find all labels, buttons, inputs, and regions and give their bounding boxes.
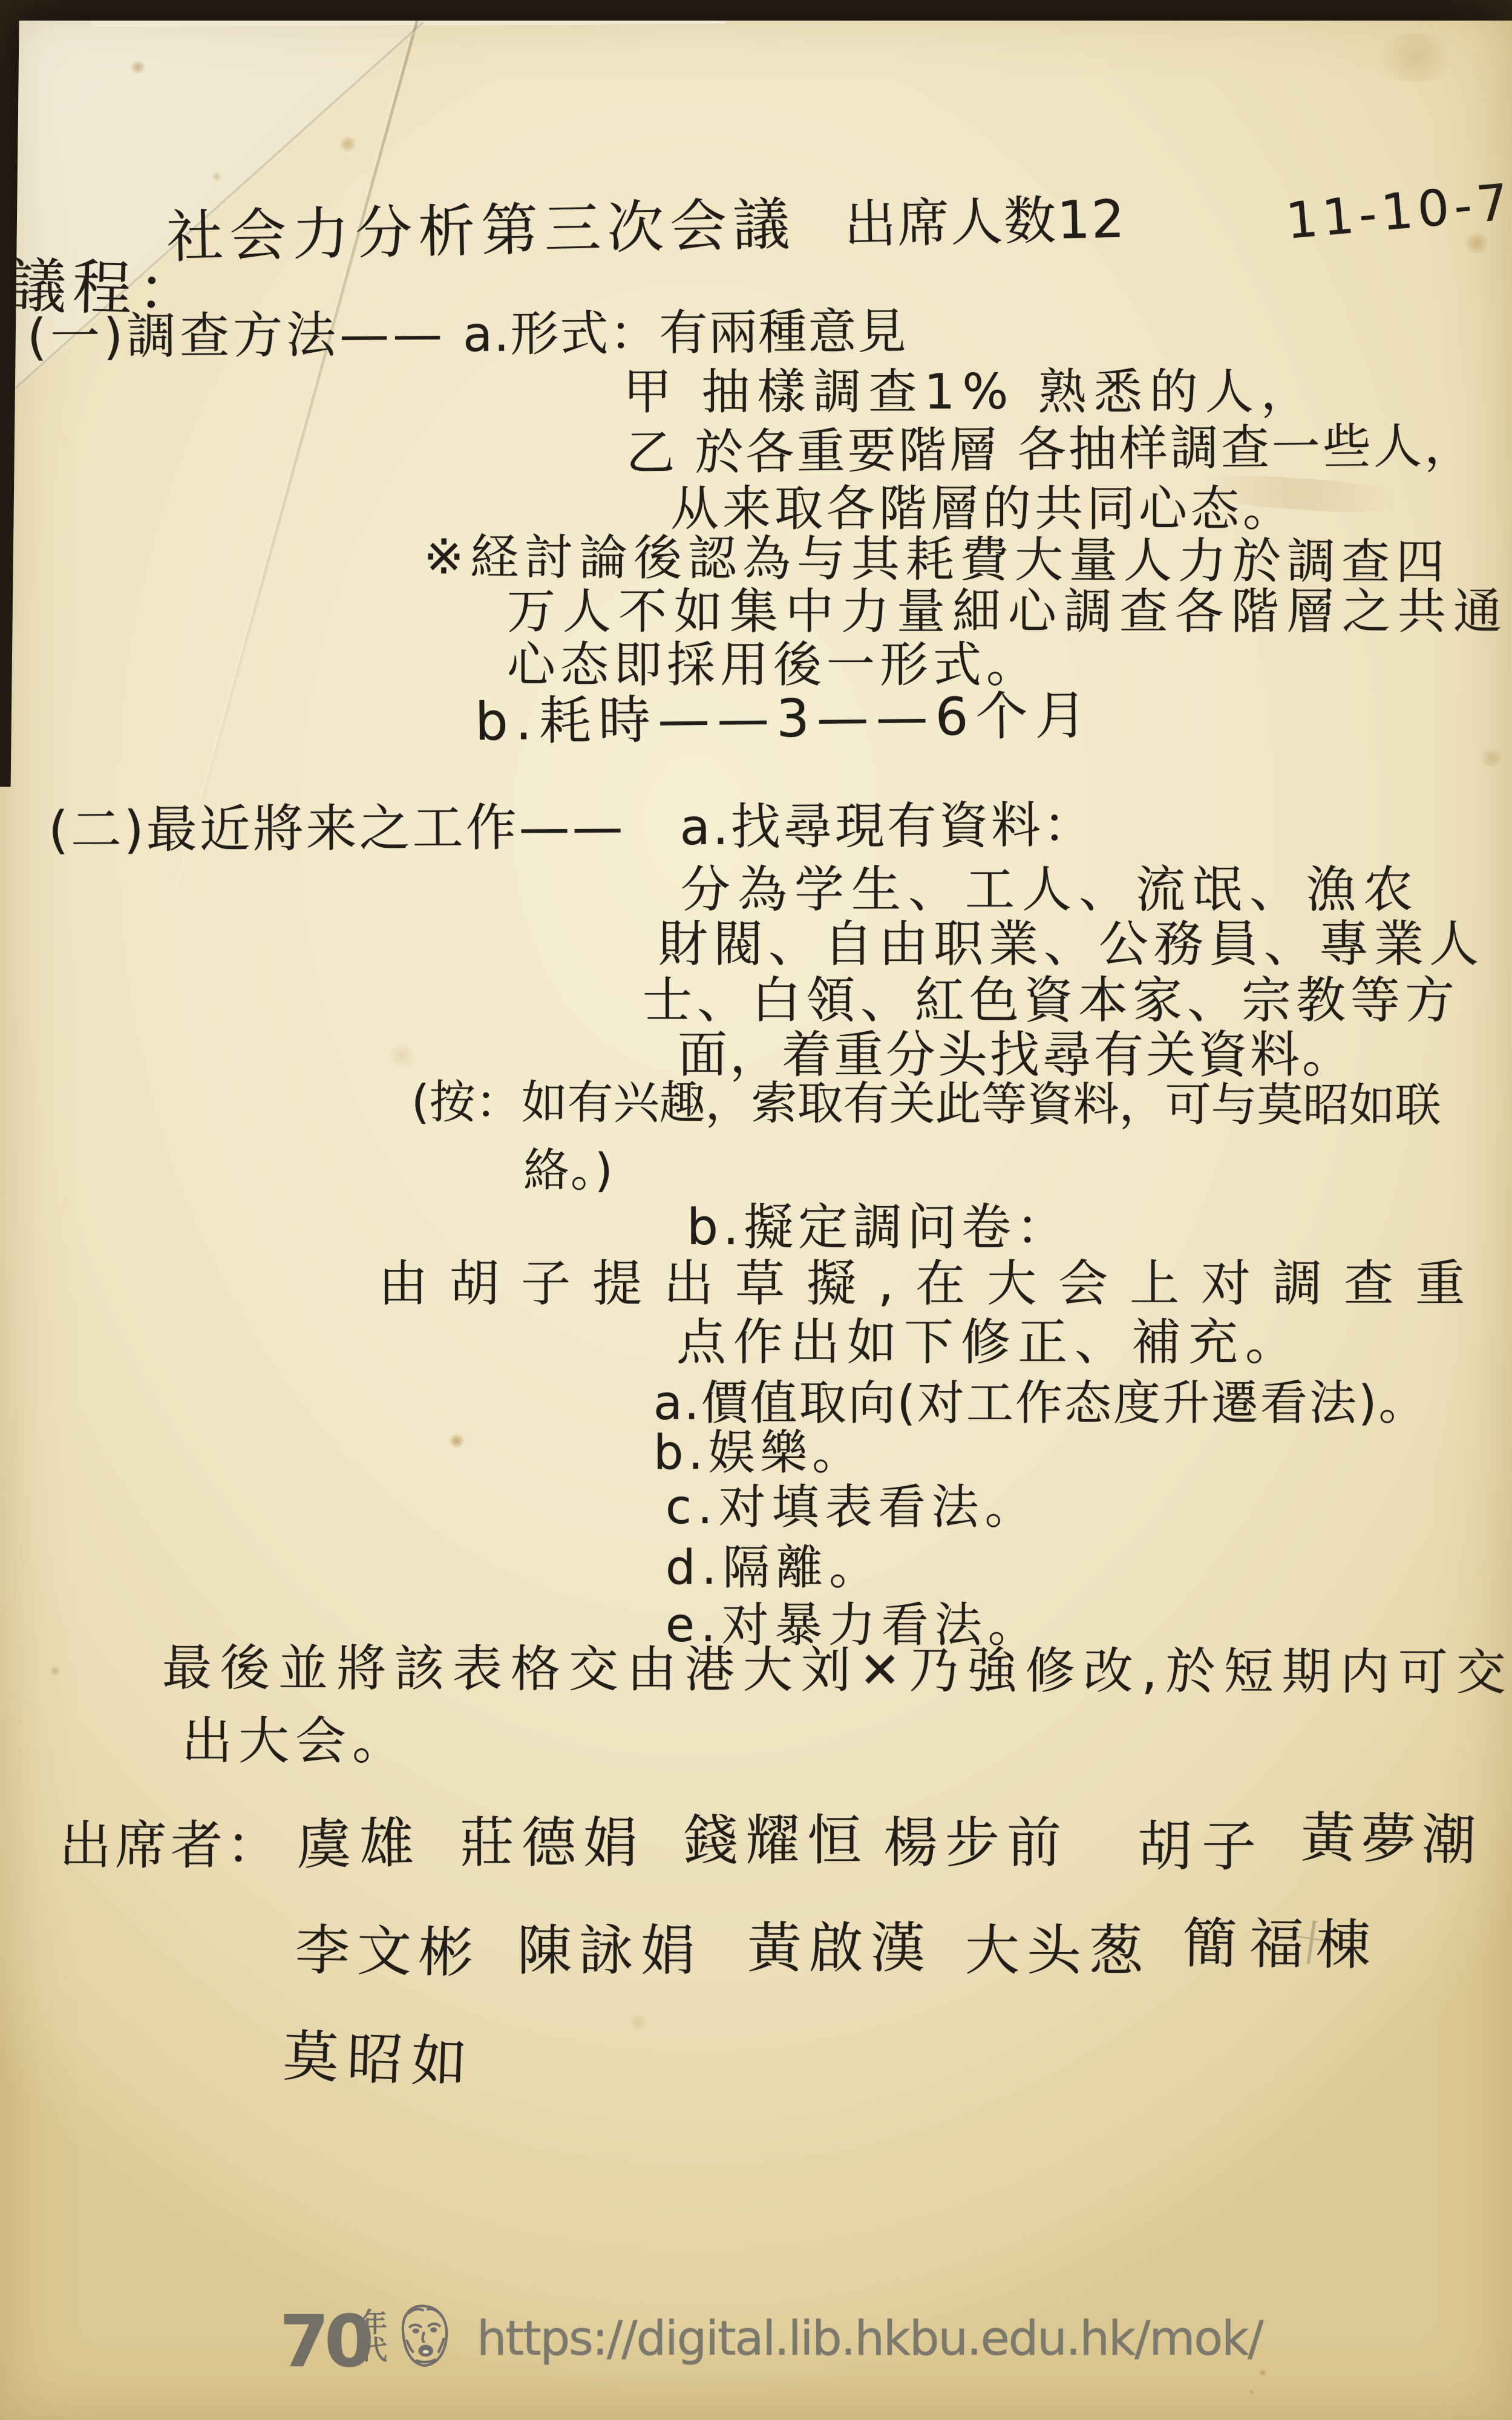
attendee-name: 黃夢潮 xyxy=(1300,1793,1483,1875)
questionnaire-line-2: 点作出如下修正、補充。 xyxy=(676,1303,1302,1374)
seventies-logo: 70 xyxy=(280,2300,369,2383)
archive-url: https://digital.lib.hkbu.edu.hk/mok/ xyxy=(477,2312,1263,2366)
contact-note-line-2: 絡。) xyxy=(523,1133,614,1199)
logo-stack-bottom: 代 xyxy=(358,2336,390,2364)
seventies-logo-stack: 年 代 xyxy=(358,2309,390,2364)
item2-heading: (二)最近將来之工作—— xyxy=(48,798,626,860)
attendance-count: 出席人数12 xyxy=(843,189,1126,255)
date: 11-10-72 xyxy=(1284,170,1512,251)
title-line: 社会力分析第三次会議出席人数12 xyxy=(166,171,1127,273)
stain-spot xyxy=(449,1434,465,1448)
attendee-name: 楊步前 xyxy=(883,1799,1069,1877)
item1-sub-b-duration: b.耗時——3——6个月 xyxy=(474,674,1095,755)
attendee-name: 莫昭如 xyxy=(282,2012,477,2098)
stain-spot xyxy=(1258,2369,1267,2376)
stain-spot xyxy=(387,1044,417,1068)
stain-spot xyxy=(1249,2389,1254,2395)
attendee-name: 胡子 xyxy=(1137,1802,1266,1881)
page-title: 社会力分析第三次会議 xyxy=(166,192,796,271)
closing-line-2: 出大会。 xyxy=(182,1700,409,1774)
mask-face-logo-icon xyxy=(394,2303,455,2369)
attendees-label: 出席者： xyxy=(59,1803,282,1878)
scanned-document-page: 社会力分析第三次会議出席人数12 11-10-72 議程： (一)調查方法——a… xyxy=(0,0,1512,2420)
attendee-name: 錢耀恒 xyxy=(684,1796,869,1875)
stain-spot xyxy=(339,136,357,152)
stain-spot xyxy=(1464,233,1490,254)
contact-note-line-1: (按：如有兴趣，索取有关此等資料，可与莫昭如联 xyxy=(411,1065,1441,1135)
scan-edge-top xyxy=(0,0,1512,21)
attendee-name: 李文彬 xyxy=(295,1906,481,1987)
attendee-name: 陳詠娟 xyxy=(517,1906,702,1985)
attendee-name: 莊德娟 xyxy=(460,1799,645,1877)
item1-heading: (一)調查方法—— xyxy=(27,306,447,366)
item2-sub-a: a.找尋現有資料： xyxy=(679,796,1095,856)
logo-stack-top: 年 xyxy=(358,2309,390,2336)
stain-spot xyxy=(1373,33,1458,82)
stain-spot xyxy=(50,1666,61,1676)
attendee-name: 大头葱 xyxy=(965,1906,1150,1985)
attendee-name: 黃啟漢 xyxy=(747,1904,932,1982)
faded-correction-mark: 十 xyxy=(1283,1902,1340,1978)
attendee-name: 虞雄 xyxy=(296,1799,423,1880)
revision-item-c: c.对填表看法。 xyxy=(666,1469,1038,1537)
closing-line-1: 最後並將該表格交由港大刘✕乃強修改,於短期内可交 xyxy=(162,1628,1512,1704)
scan-edge-left xyxy=(0,0,19,787)
stain-spot xyxy=(629,2015,647,2030)
stain-spot xyxy=(1481,749,1503,767)
